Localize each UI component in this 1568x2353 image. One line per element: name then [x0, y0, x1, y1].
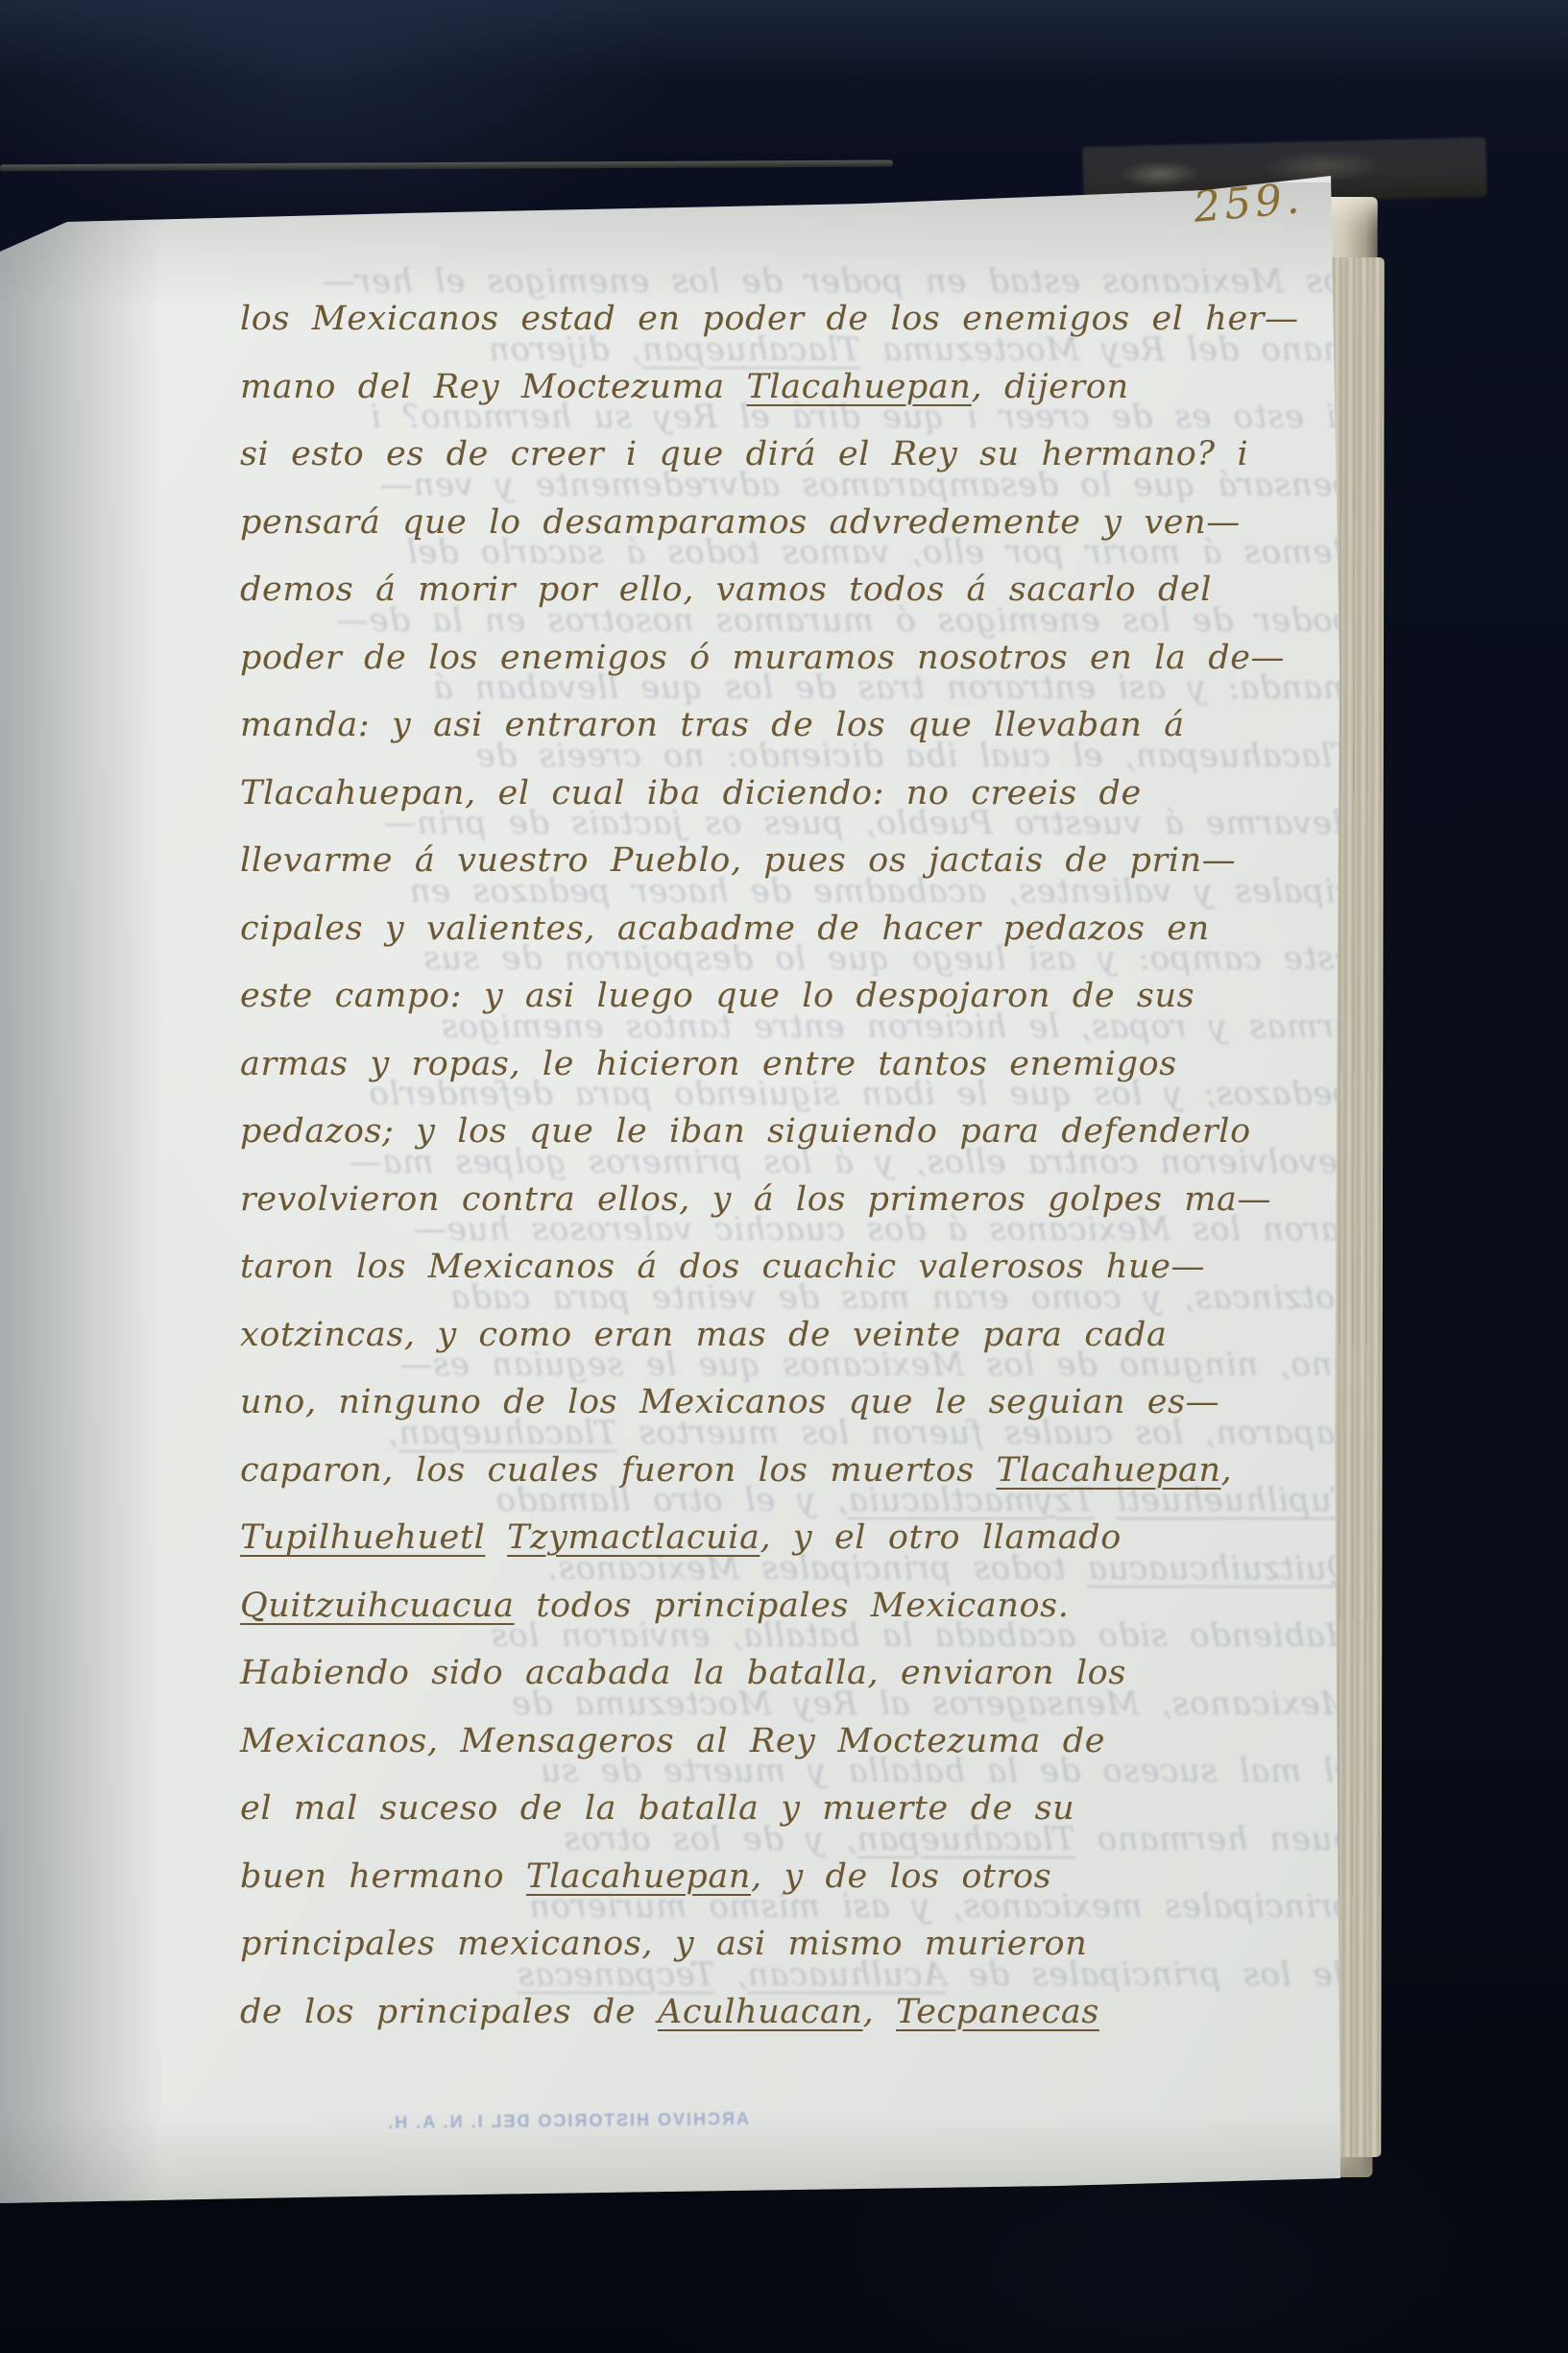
manuscript-line: armas y ropas, le hicieron entre tantos … — [240, 1031, 1373, 1099]
manuscript-line: Quitzuihcuacua todos principales Mexican… — [240, 1572, 1373, 1640]
manuscript-line: Tupilhuehuetl Tzymactlacuia, y el otro l… — [240, 1504, 1373, 1572]
manuscript-line: xotzincas, y como eran mas de veinte par… — [240, 1301, 1373, 1370]
manuscript-line: de los principales de Aculhuacan, Tecpan… — [240, 1978, 1373, 2047]
background-top-highlight — [0, 0, 1568, 81]
manuscript-line: poder de los enemigos ó muramos nosotros… — [240, 624, 1373, 692]
manuscript-line: los Mexicanos estad en poder de los enem… — [240, 285, 1373, 353]
manuscript-line: Mexicanos, Mensageros al Rey Moctezuma d… — [240, 1708, 1373, 1776]
manuscript-line: uno, ninguno de los Mexicanos que le seg… — [240, 1369, 1373, 1437]
scanned-manuscript-view: los Mexicanos estad en poder de los enem… — [0, 0, 1568, 2353]
archive-stamp: ARCHIVO HISTORICO DEL I. N. A. H. — [403, 2109, 749, 2133]
manuscript-page: los Mexicanos estad en poder de los enem… — [0, 0, 1568, 2353]
manuscript-line: manda: y asi entraron tras de los que ll… — [240, 691, 1373, 760]
manuscript-line: Habiendo sido acabada la batalla, enviar… — [240, 1639, 1373, 1708]
manuscript-line: si esto es de creer i que dirá el Rey su… — [240, 421, 1373, 489]
manuscript-line: Tlacahuepan, el cual iba diciendo: no cr… — [240, 760, 1373, 828]
manuscript-line: pedazos; y los que le iban siguiendo par… — [240, 1098, 1373, 1166]
manuscript-line: principales mexicanos, y asi mismo murie… — [240, 1910, 1373, 1978]
manuscript-line: revolvieron contra ellos, y á los primer… — [240, 1166, 1373, 1234]
gutter-shadow-soft — [0, 173, 163, 2219]
manuscript-line: taron los Mexicanos á dos cuachic valero… — [240, 1233, 1373, 1301]
manuscript-line: demos á morir por ello, vamos todos á sa… — [240, 556, 1373, 624]
manuscript-text: los Mexicanos estad en poder de los enem… — [240, 285, 1373, 2046]
manuscript-line: caparon, los cuales fueron los muertos T… — [240, 1437, 1373, 1505]
manuscript-line: mano del Rey Moctezuma Tlacahuepan, dije… — [240, 353, 1373, 422]
manuscript-line: este campo: y asi luego que lo despojaro… — [240, 962, 1373, 1031]
manuscript-line: pensará que lo desamparamos advredemente… — [240, 489, 1373, 557]
manuscript-line: cipales y valientes, acabadme de hacer p… — [240, 895, 1373, 963]
manuscript-line: llevarme á vuestro Pueblo, pues os jacta… — [240, 827, 1373, 895]
manuscript-line: el mal suceso de la batalla y muerte de … — [240, 1775, 1373, 1843]
manuscript-line: buen hermano Tlacahuepan, y de los otros — [240, 1843, 1373, 1911]
